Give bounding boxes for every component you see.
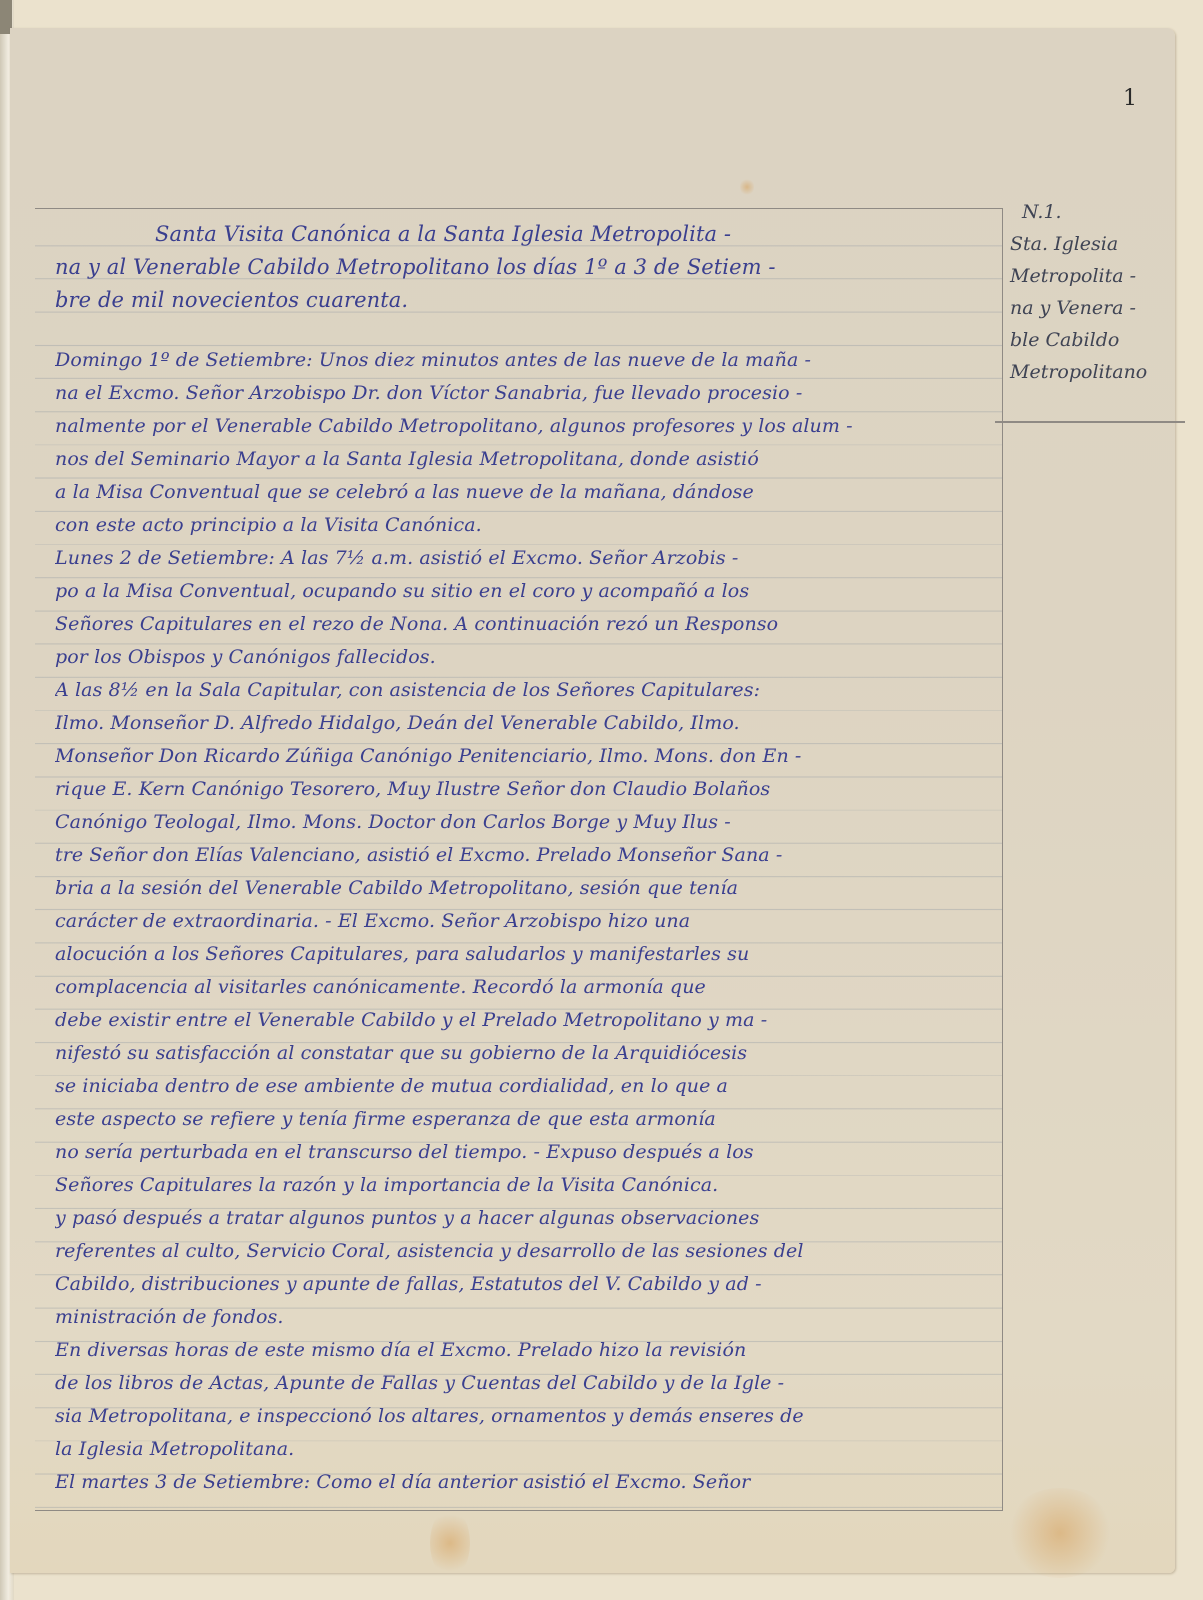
body-line: na el Excmo. Señor Arzobispo Dr. don Víc… bbox=[55, 377, 1000, 410]
document-title: Santa Visita Canónica a la Santa Iglesia… bbox=[55, 218, 1000, 317]
scanned-document: 1 N.1. Sta. Iglesia Metropolita - na y V… bbox=[0, 0, 1203, 1600]
margin-divider-line bbox=[995, 421, 1185, 423]
margin-note-line: na y Venera - bbox=[1010, 292, 1180, 324]
margin-note-line: N.1. bbox=[1022, 196, 1180, 228]
body-line: bria a la sesión del Venerable Cabildo M… bbox=[55, 872, 1000, 905]
margin-note-line: Sta. Iglesia bbox=[1010, 228, 1180, 260]
body-line: Señores Capitulares en el rezo de Nona. … bbox=[55, 608, 1000, 641]
body-line: referentes al culto, Servicio Coral, asi… bbox=[55, 1235, 1000, 1268]
body-line: nos del Seminario Mayor a la Santa Igles… bbox=[55, 443, 1000, 476]
title-line: na y al Venerable Cabildo Metropolitano … bbox=[55, 251, 1000, 284]
body-line: la Iglesia Metropolitana. bbox=[55, 1433, 1000, 1466]
body-line: Monseñor Don Ricardo Zúñiga Canónigo Pen… bbox=[55, 740, 1000, 773]
body-line: carácter de extraordinaria. - El Excmo. … bbox=[55, 905, 1000, 938]
body-line: El martes 3 de Setiembre: Como el día an… bbox=[55, 1466, 1000, 1499]
body-line: tre Señor don Elías Valenciano, asistió … bbox=[55, 839, 1000, 872]
ledger-page: 1 N.1. Sta. Iglesia Metropolita - na y V… bbox=[10, 28, 1175, 1573]
paper-stain bbox=[740, 178, 754, 196]
body-line: no sería perturbada en el transcurso del… bbox=[55, 1136, 1000, 1169]
body-line: se iniciaba dentro de ese ambiente de mu… bbox=[55, 1070, 1000, 1103]
body-line: Lunes 2 de Setiembre: A las 7½ a.m. asis… bbox=[55, 542, 1000, 575]
body-line: este aspecto se refiere y tenía firme es… bbox=[55, 1103, 1000, 1136]
document-body: Domingo 1º de Setiembre: Unos diez minut… bbox=[55, 344, 1000, 1499]
body-line: por los Obispos y Canónigos fallecidos. bbox=[55, 641, 1000, 674]
body-line: debe existir entre el Venerable Cabildo … bbox=[55, 1004, 1000, 1037]
body-line: A las 8½ en la Sala Capitular, con asist… bbox=[55, 674, 1000, 707]
body-line: de los libros de Actas, Apunte de Fallas… bbox=[55, 1367, 1000, 1400]
body-line: Cabildo, distribuciones y apunte de fall… bbox=[55, 1268, 1000, 1301]
body-line: po a la Misa Conventual, ocupando su sit… bbox=[55, 575, 1000, 608]
title-line: Santa Visita Canónica a la Santa Iglesia… bbox=[55, 218, 1000, 251]
body-line: nifestó su satisfacción al constatar que… bbox=[55, 1037, 1000, 1070]
body-line: rique E. Kern Canónigo Tesorero, Muy Ilu… bbox=[55, 773, 1000, 806]
margin-note-line: ble Cabildo bbox=[1010, 324, 1180, 356]
paper-stain bbox=[430, 1508, 470, 1578]
margin-note-line: Metropolitano bbox=[1010, 356, 1180, 388]
margin-note-line: Metropolita - bbox=[1010, 260, 1180, 292]
body-line: alocución a los Señores Capitulares, par… bbox=[55, 938, 1000, 971]
body-line: nalmente por el Venerable Cabildo Metrop… bbox=[55, 410, 1000, 443]
handwritten-text: Santa Visita Canónica a la Santa Iglesia… bbox=[55, 218, 1000, 1499]
body-line: En diversas horas de este mismo día el E… bbox=[55, 1334, 1000, 1367]
body-line: sia Metropolitana, e inspeccionó los alt… bbox=[55, 1400, 1000, 1433]
body-line: ministración de fondos. bbox=[55, 1301, 1000, 1334]
paper-stain bbox=[1005, 1488, 1115, 1578]
margin-note: N.1. Sta. Iglesia Metropolita - na y Ven… bbox=[1010, 196, 1180, 388]
body-line: a la Misa Conventual que se celebró a la… bbox=[55, 476, 1000, 509]
body-line: complacencia al visitarles canónicamente… bbox=[55, 971, 1000, 1004]
body-line: y pasó después a tratar algunos puntos y… bbox=[55, 1202, 1000, 1235]
page-number: 1 bbox=[1123, 86, 1137, 111]
body-line: con este acto principio a la Visita Canó… bbox=[55, 509, 1000, 542]
title-line: bre de mil novecientos cuarenta. bbox=[55, 284, 1000, 317]
body-line: Domingo 1º de Setiembre: Unos diez minut… bbox=[55, 344, 1000, 377]
body-line: Canónigo Teologal, Ilmo. Mons. Doctor do… bbox=[55, 806, 1000, 839]
body-line: Señores Capitulares la razón y la import… bbox=[55, 1169, 1000, 1202]
body-line: Ilmo. Monseñor D. Alfredo Hidalgo, Deán … bbox=[55, 707, 1000, 740]
